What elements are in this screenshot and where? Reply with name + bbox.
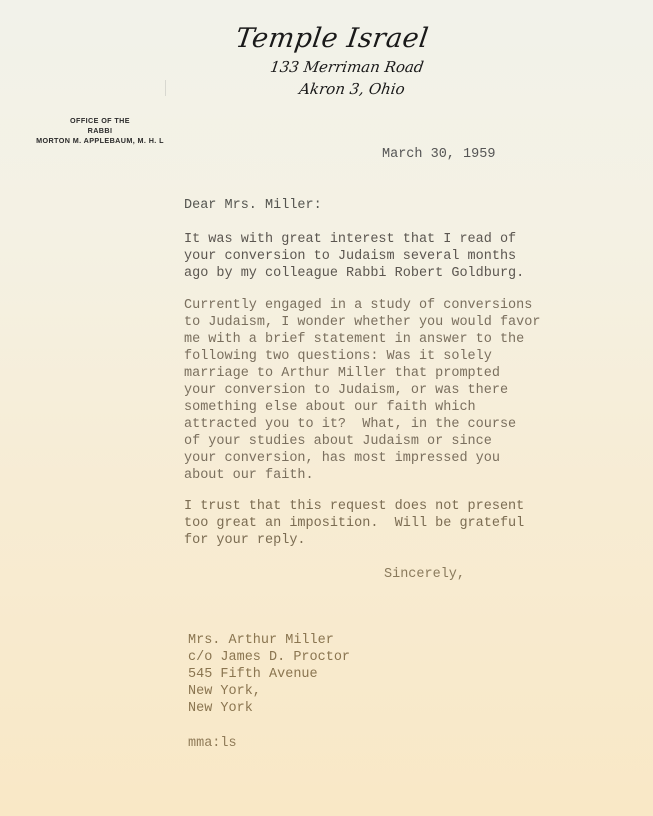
letter-date: March 30, 1959 [382,146,495,163]
letterhead-city: Akron 3, Ohio [260,78,443,100]
reference-initials: mma:ls [188,735,237,752]
office-line-2: RABBI [34,126,166,136]
paragraph-1: It was with great interest that I read o… [184,231,524,282]
letterhead-street: 133 Merriman Road [250,56,443,78]
office-line-3: MORTON M. APPLEBAUM, M. H. L [34,136,166,146]
letterhead-organization: Temple Israel [220,22,445,56]
letterhead: Temple Israel 133 Merriman Road Akron 3,… [222,22,442,100]
salutation: Dear Mrs. Miller: [184,197,322,214]
office-line-1: OFFICE OF THE [34,116,166,126]
paper-mark [165,80,166,96]
paragraph-2: Currently engaged in a study of conversi… [184,297,540,484]
closing: Sincerely, [384,566,465,583]
recipient-address: Mrs. Arthur Miller c/o James D. Proctor … [188,632,350,717]
office-block: OFFICE OF THE RABBI MORTON M. APPLEBAUM,… [34,116,166,146]
paragraph-3: I trust that this request does not prese… [184,498,524,549]
